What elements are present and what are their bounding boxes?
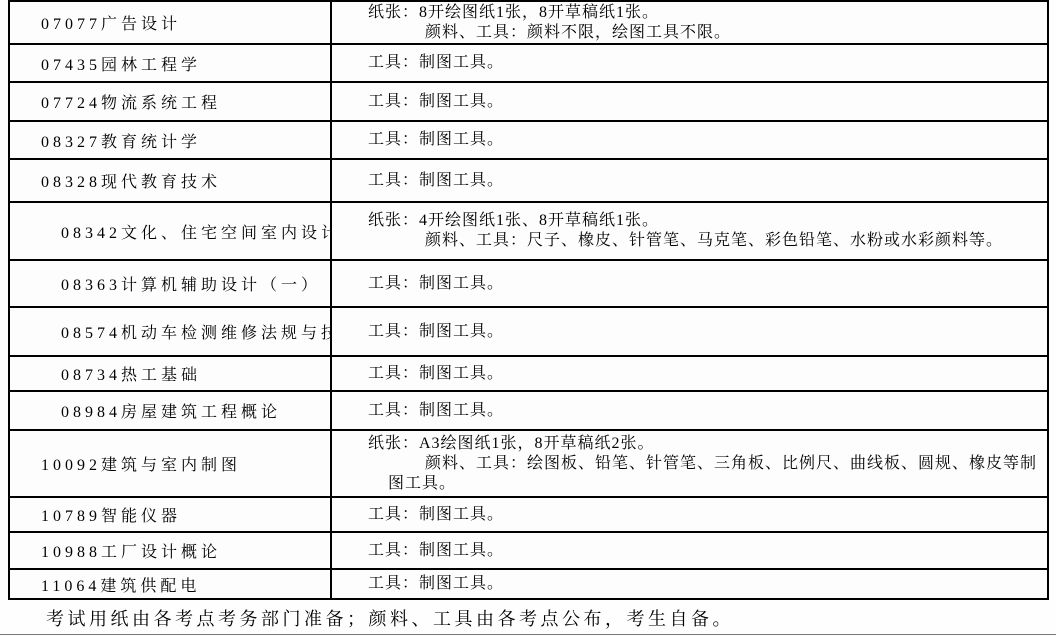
course-name: 10988工厂设计概论: [41, 539, 221, 562]
table-row: 07077广告设计 纸张：8开绘图纸1张，8开草稿纸1张。颜料、工具：颜料不限，…: [10, 2, 1047, 45]
course-cell: 08363计算机辅助设计（一）: [10, 261, 332, 306]
materials-line: 图工具。: [332, 474, 1047, 494]
materials-line: 工具：制图工具。: [332, 274, 1047, 294]
course-name: 10789智能仪器: [41, 503, 181, 526]
materials-line: 工具：制图工具。: [332, 92, 1047, 112]
table-row: 10988工厂设计概论 工具：制图工具。: [10, 533, 1047, 570]
materials-line: 颜料、工具：绘图板、铅笔、针管笔、三角板、比例尺、曲线板、圆规、橡皮等制: [332, 454, 1047, 474]
table-row: 07724物流系统工程 工具：制图工具。: [10, 83, 1047, 122]
course-cell: 10092建筑与室内制图: [10, 431, 332, 496]
course-name: 08363计算机辅助设计（一）: [41, 272, 321, 295]
materials-line: 工具：制图工具。: [332, 53, 1047, 73]
bottom-rule: [0, 634, 1056, 635]
materials-line: 工具：制图工具。: [332, 541, 1047, 561]
course-cell: 08328现代教育技术: [10, 160, 332, 201]
materials-line: 颜料、工具：尺子、橡皮、针管笔、马克笔、彩色铅笔、水粉或水彩颜料等。: [332, 231, 1047, 251]
materials-line: 工具：制图工具。: [332, 364, 1047, 384]
course-name: 11064建筑供配电: [41, 573, 200, 596]
table-row: 11064建筑供配电 工具：制图工具。: [10, 570, 1047, 600]
course-name: 08984房屋建筑工程概论: [41, 399, 281, 422]
materials-cell: 工具：制图工具。: [332, 570, 1047, 598]
materials-line: 颜料、工具：颜料不限，绘图工具不限。: [332, 23, 1047, 43]
course-cell: 08342文化、住宅空间室内设计: [10, 203, 332, 259]
materials-cell: 工具：制图工具。: [332, 83, 1047, 120]
materials-line: 工具：制图工具。: [332, 574, 1047, 594]
course-cell: 07724物流系统工程: [10, 83, 332, 120]
course-cell: 07077广告设计: [10, 2, 332, 43]
materials-line: 工具：制图工具。: [332, 171, 1047, 191]
materials-cell: 工具：制图工具。: [332, 392, 1047, 429]
course-name: 07724物流系统工程: [41, 90, 221, 113]
course-cell: 08734热工基础: [10, 357, 332, 390]
materials-line: 工具：制图工具。: [332, 322, 1047, 342]
materials-cell: 工具：制图工具。: [332, 533, 1047, 568]
materials-line: 纸张：8开绘图纸1张，8开草稿纸1张。: [332, 3, 1047, 23]
course-name: 07435园林工程学: [41, 52, 201, 75]
materials-line: 工具：制图工具。: [332, 130, 1047, 150]
materials-cell: 纸张：A3绘图纸1张，8开草稿纸2张。颜料、工具：绘图板、铅笔、针管笔、三角板、…: [332, 431, 1047, 496]
materials-cell: 工具：制图工具。: [332, 308, 1047, 355]
course-cell: 08574机动车检测维修法规与技术: [10, 308, 332, 355]
table-row: 08734热工基础 工具：制图工具。: [10, 357, 1047, 392]
page: 07077广告设计 纸张：8开绘图纸1张，8开草稿纸1张。颜料、工具：颜料不限，…: [0, 0, 1056, 636]
course-name: 08342文化、住宅空间室内设计: [41, 220, 332, 243]
course-cell: 07435园林工程学: [10, 45, 332, 81]
materials-cell: 工具：制图工具。: [332, 160, 1047, 201]
footer-note: 考试用纸由各考点考务部门准备；颜料、工具由各考点公布，考生自备。: [46, 606, 734, 632]
course-name: 08327教育统计学: [41, 129, 201, 152]
materials-line: 纸张：4开绘图纸1张、8开草稿纸1张。: [332, 211, 1047, 231]
table-row: 08363计算机辅助设计（一） 工具：制图工具。: [10, 261, 1047, 308]
materials-line: 工具：制图工具。: [332, 401, 1047, 421]
materials-cell: 工具：制图工具。: [332, 357, 1047, 390]
materials-cell: 纸张：4开绘图纸1张、8开草稿纸1张。颜料、工具：尺子、橡皮、针管笔、马克笔、彩…: [332, 203, 1047, 259]
course-name: 08734热工基础: [41, 362, 201, 385]
materials-line: 纸张：A3绘图纸1张，8开草稿纸2张。: [332, 434, 1047, 454]
course-name: 07077广告设计: [41, 11, 181, 34]
table-row: 08328现代教育技术 工具：制图工具。: [10, 160, 1047, 203]
materials-cell: 工具：制图工具。: [332, 261, 1047, 306]
course-cell: 08984房屋建筑工程概论: [10, 392, 332, 429]
materials-cell: 纸张：8开绘图纸1张，8开草稿纸1张。颜料、工具：颜料不限，绘图工具不限。: [332, 2, 1047, 43]
course-cell: 08327教育统计学: [10, 122, 332, 158]
table-row: 08984房屋建筑工程概论 工具：制图工具。: [10, 392, 1047, 431]
materials-cell: 工具：制图工具。: [332, 498, 1047, 531]
table-row: 08342文化、住宅空间室内设计 纸张：4开绘图纸1张、8开草稿纸1张。颜料、工…: [10, 203, 1047, 261]
materials-cell: 工具：制图工具。: [332, 45, 1047, 81]
course-cell: 10988工厂设计概论: [10, 533, 332, 568]
materials-cell: 工具：制图工具。: [332, 122, 1047, 158]
table-row: 10092建筑与室内制图 纸张：A3绘图纸1张，8开草稿纸2张。颜料、工具：绘图…: [10, 431, 1047, 498]
table-row: 08327教育统计学 工具：制图工具。: [10, 122, 1047, 160]
materials-line: 工具：制图工具。: [332, 505, 1047, 525]
course-cell: 11064建筑供配电: [10, 570, 332, 598]
course-name: 08574机动车检测维修法规与技术: [41, 320, 332, 343]
exam-materials-table: 07077广告设计 纸张：8开绘图纸1张，8开草稿纸1张。颜料、工具：颜料不限，…: [8, 0, 1049, 600]
course-cell: 10789智能仪器: [10, 498, 332, 531]
course-name: 08328现代教育技术: [41, 169, 221, 192]
course-name: 10092建筑与室内制图: [41, 452, 241, 475]
table-row: 07435园林工程学 工具：制图工具。: [10, 45, 1047, 83]
table-row: 10789智能仪器 工具：制图工具。: [10, 498, 1047, 533]
table-row: 08574机动车检测维修法规与技术 工具：制图工具。: [10, 308, 1047, 357]
